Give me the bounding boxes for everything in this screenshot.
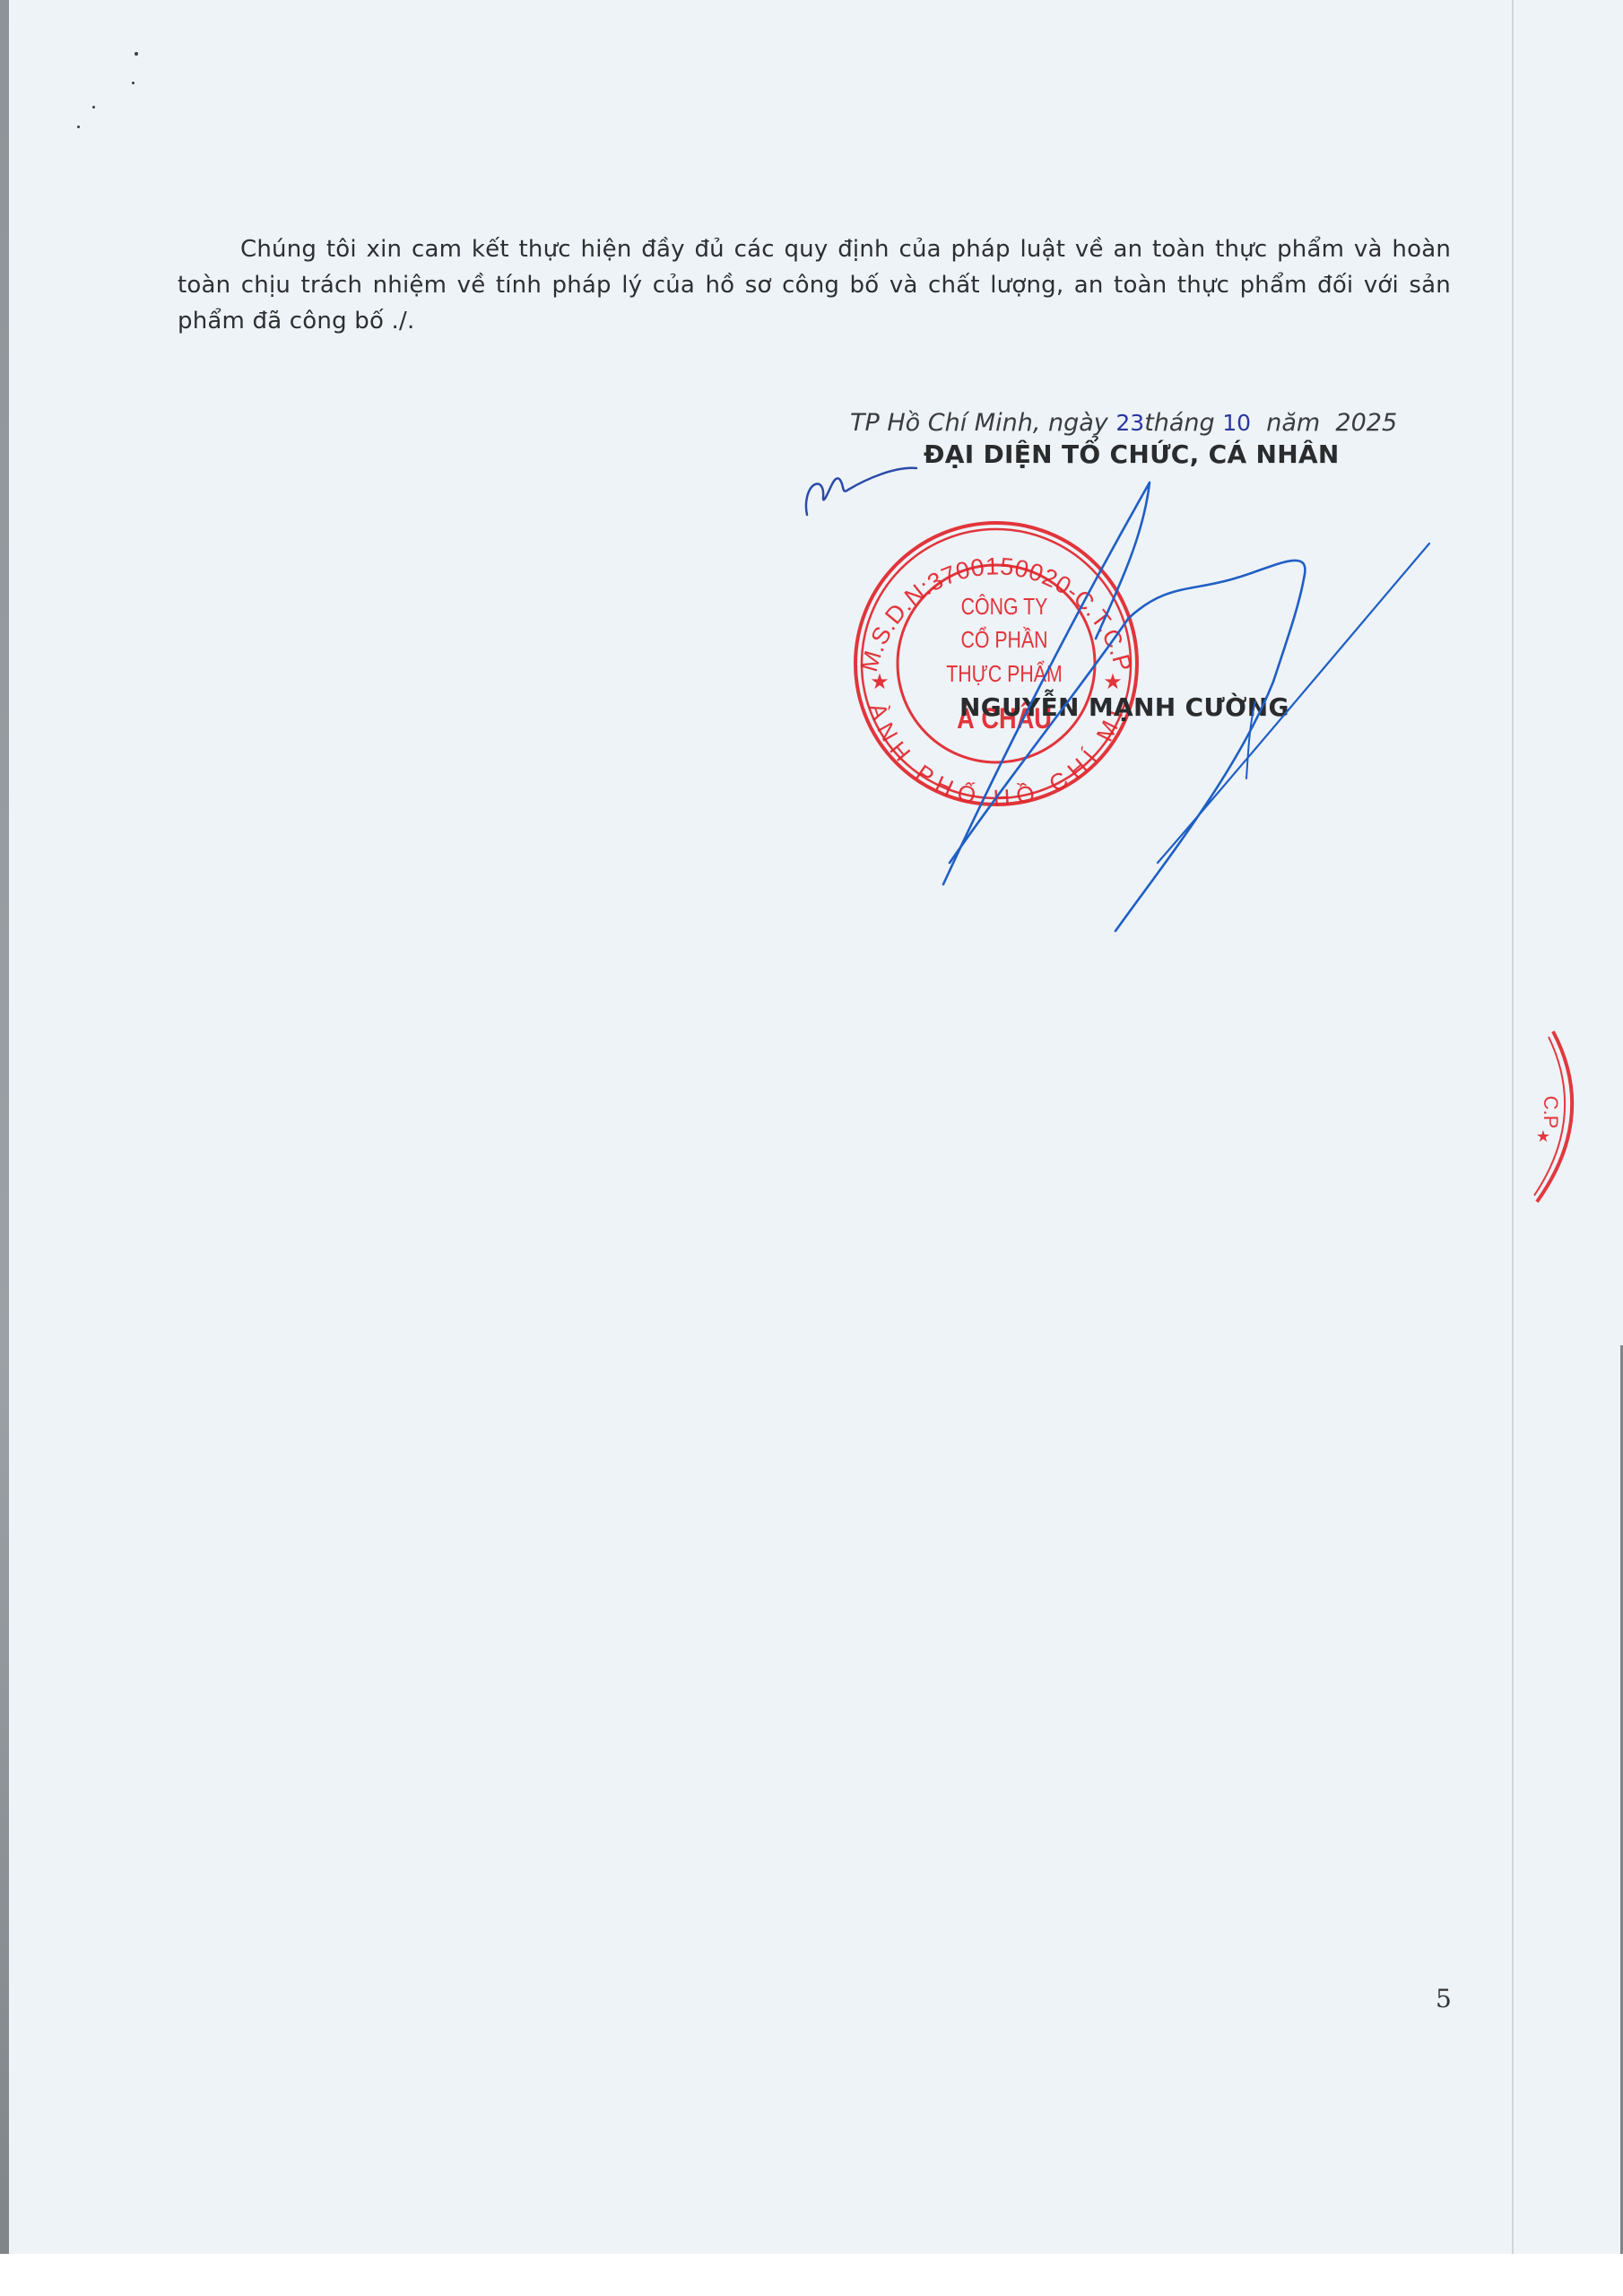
seal-line-1: CÔNG TY — [961, 593, 1048, 621]
seal-star-right-icon: ★ — [1103, 670, 1123, 694]
partial-margin-seal: C.P ★ — [1534, 1031, 1572, 1202]
partial-seal-text: C.P — [1540, 1096, 1562, 1129]
company-seal: M.S.D.N:3700150020-C.T.C.P THÀNH PHỐ HỒ … — [0, 0, 1623, 2296]
seal-line-3: THỰC PHẨM — [946, 660, 1062, 688]
seal-line-2: CỔ PHẦN — [960, 626, 1047, 654]
document-page: Chúng tôi xin cam kết thực hiện đầy đủ c… — [0, 0, 1623, 2254]
partial-seal-star-icon: ★ — [1536, 1127, 1550, 1146]
seal-ring-bottom-text: THÀNH PHỐ HỒ CHÍ MINH — [0, 0, 1130, 812]
seal-star-left-icon: ★ — [870, 670, 890, 694]
signer-name: NGUYỄN MẠNH CƯỜNG — [959, 692, 1289, 722]
